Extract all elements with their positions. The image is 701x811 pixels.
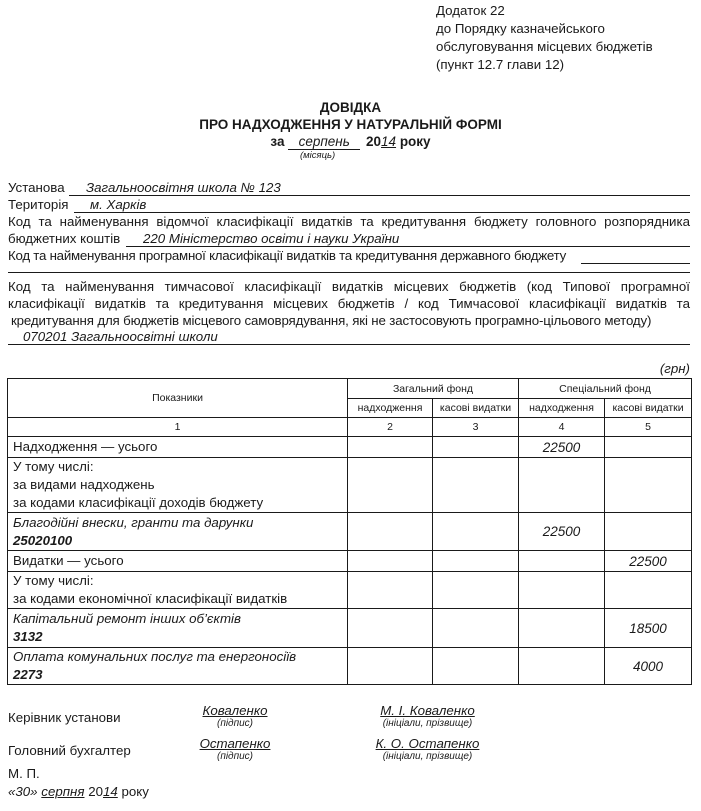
head-label: Керівник установи	[8, 710, 121, 725]
period-suffix: року	[400, 134, 431, 149]
table-row: Капітальний ремонт інших об’єктів 3132 1…	[8, 609, 692, 648]
row-label: Оплата комунальних послуг та енергоносії…	[8, 648, 348, 685]
cell-value: 4000	[605, 648, 692, 685]
row-label-line: У тому числі:	[13, 458, 342, 476]
territory-label: Територія	[8, 197, 68, 212]
institution-label: Установа	[8, 180, 65, 195]
row-code: 3132	[13, 628, 342, 646]
cell-value	[348, 513, 433, 551]
column-number: 1	[8, 418, 348, 437]
table-row: Благодійні внески, гранти та дарунки 250…	[8, 513, 692, 551]
table-row: Видатки — усього 22500	[8, 551, 692, 572]
program-code-field: Код та найменування програмної класифіка…	[8, 247, 690, 265]
period-prefix: за	[270, 134, 284, 149]
cell-value	[348, 648, 433, 685]
currency-unit: (грн)	[660, 361, 690, 376]
cell-value	[433, 458, 519, 513]
row-label-line: Оплата комунальних послуг та енергоносії…	[13, 648, 342, 666]
date-suffix: року	[121, 784, 148, 799]
head-signature-block: Коваленко (підпис)	[190, 703, 280, 730]
row-label: У тому числі: за видами надходжень за ко…	[8, 458, 348, 513]
appendix-line: (пункт 12.7 глави 12)	[436, 56, 653, 74]
cell-value	[605, 572, 692, 609]
cell-value	[348, 551, 433, 572]
appendix-line: Додаток 22	[436, 2, 653, 20]
cell-value	[348, 572, 433, 609]
signature-caption: (підпис)	[190, 751, 280, 763]
row-label-line: за кодами класифікації доходів бюджету	[13, 494, 342, 512]
row-label: Капітальний ремонт інших об’єктів 3132	[8, 609, 348, 648]
cell-value: 22500	[519, 513, 605, 551]
header-special-fund: Спеціальний фонд	[519, 379, 692, 399]
date-day: «30»	[8, 784, 38, 799]
accountant-label: Головний бухгалтер	[8, 743, 131, 758]
head-name-block: М. І. Коваленко (ініціали, прізвище)	[370, 703, 485, 730]
cell-value	[433, 609, 519, 648]
cell-value	[433, 572, 519, 609]
date-year: 14	[103, 784, 118, 799]
month-caption: (місяць)	[300, 150, 335, 161]
dept-code-field: бюджетних коштів 220 Міністерство освіти…	[8, 230, 690, 248]
date-month: серпня	[41, 784, 84, 799]
cell-value	[433, 437, 519, 458]
cell-value	[605, 437, 692, 458]
date-year-prefix: 20	[88, 784, 103, 799]
cell-value	[519, 551, 605, 572]
row-label-line: за видами надходжень	[13, 476, 342, 494]
cell-value	[433, 648, 519, 685]
row-label-line: Капітальний ремонт інших об’єктів	[13, 610, 342, 628]
row-label: Видатки — усього	[8, 551, 348, 572]
header-special-cash-expenses: касові видатки	[605, 399, 692, 418]
name-caption: (ініціали, прізвище)	[370, 718, 485, 730]
head-signature: Коваленко	[190, 703, 280, 718]
header-general-receipts: надходження	[348, 399, 433, 418]
header-special-receipts: надходження	[519, 399, 605, 418]
appendix-line: до Порядку казначейського	[436, 20, 653, 38]
territory-field: Територія м. Харків	[8, 196, 690, 214]
cell-value	[605, 513, 692, 551]
row-label-line: за кодами економічної класифікації видат…	[13, 590, 342, 608]
cell-value	[348, 458, 433, 513]
cell-value	[519, 572, 605, 609]
cell-value	[348, 609, 433, 648]
cell-value	[519, 609, 605, 648]
cell-value: 22500	[519, 437, 605, 458]
institution-field: Установа Загальноосвітня школа № 123	[8, 179, 690, 197]
institution-value: Загальноосвітня школа № 123	[86, 179, 281, 197]
cell-value	[348, 437, 433, 458]
accountant-name-block: К. О. Остапенко (ініціали, прізвище)	[370, 736, 485, 763]
signature-caption: (підпис)	[190, 718, 280, 730]
name-caption: (ініціали, прізвище)	[370, 751, 485, 763]
temp-code-label-line1: Код та найменування тимчасової класифіка…	[8, 278, 690, 296]
column-number: 2	[348, 418, 433, 437]
row-label: Благодійні внески, гранти та дарунки 250…	[8, 513, 348, 551]
row-label-line: Благодійні внески, гранти та дарунки	[13, 514, 342, 532]
cell-value: 22500	[605, 551, 692, 572]
receipts-table: Показники Загальний фонд Спеціальний фон…	[7, 378, 692, 685]
head-name: М. І. Коваленко	[370, 703, 485, 718]
row-label: Надходження — усього	[8, 437, 348, 458]
header-general-fund: Загальний фонд	[348, 379, 519, 399]
accountant-signature: Остапенко	[190, 736, 280, 751]
cell-value	[519, 648, 605, 685]
territory-value: м. Харків	[90, 196, 146, 214]
document-title: ДОВІДКА	[0, 99, 701, 116]
row-label-line: У тому числі:	[13, 572, 342, 590]
year-prefix: 20	[366, 134, 381, 149]
divider	[8, 272, 690, 273]
signature-date: «30» серпня 2014 року	[8, 784, 149, 799]
cell-value	[433, 513, 519, 551]
program-code-label: Код та найменування програмної класифіка…	[8, 248, 566, 263]
report-month: серпень	[288, 134, 360, 150]
column-number: 3	[433, 418, 519, 437]
header-indicators: Показники	[8, 379, 348, 418]
temp-code-value: 070201 Загальноосвітні школи	[23, 328, 218, 346]
row-code: 2273	[13, 666, 342, 684]
appendix-note: Додаток 22 до Порядку казначейського обс…	[436, 2, 653, 74]
report-period: за серпень 2014 року	[0, 133, 701, 150]
accountant-name: К. О. Остапенко	[370, 736, 485, 751]
dept-code-label: Код та найменування відомчої класифікаці…	[8, 213, 690, 231]
accountant-signature-block: Остапенко (підпис)	[190, 736, 280, 763]
cell-value	[433, 551, 519, 572]
column-number: 5	[605, 418, 692, 437]
table-row: У тому числі: за кодами економічної клас…	[8, 572, 692, 609]
row-label: У тому числі: за кодами економічної клас…	[8, 572, 348, 609]
column-number: 4	[519, 418, 605, 437]
table-row: Оплата комунальних послуг та енергоносії…	[8, 648, 692, 685]
table-row: У тому числі: за видами надходжень за ко…	[8, 458, 692, 513]
dept-code-value: 220 Міністерство освіти і науки України	[143, 230, 399, 248]
temp-code-label-line2: класифікації видатків та кредитування мі…	[8, 295, 690, 313]
header-general-cash-expenses: касові видатки	[433, 399, 519, 418]
table-row: Надходження — усього 22500	[8, 437, 692, 458]
cell-value	[519, 458, 605, 513]
document-subtitle: ПРО НАДХОДЖЕННЯ У НАТУРАЛЬНІЙ ФОРМІ	[0, 116, 701, 133]
stamp-placeholder: М. П.	[8, 766, 40, 781]
appendix-line: обслуговування місцевих бюджетів	[436, 38, 653, 56]
dept-code-label-line2: бюджетних коштів	[8, 231, 120, 246]
report-year: 14	[381, 134, 396, 149]
cell-value: 18500	[605, 609, 692, 648]
cell-value	[605, 458, 692, 513]
temp-code-field: 070201 Загальноосвітні школи	[8, 328, 690, 346]
row-code: 25020100	[13, 532, 342, 550]
